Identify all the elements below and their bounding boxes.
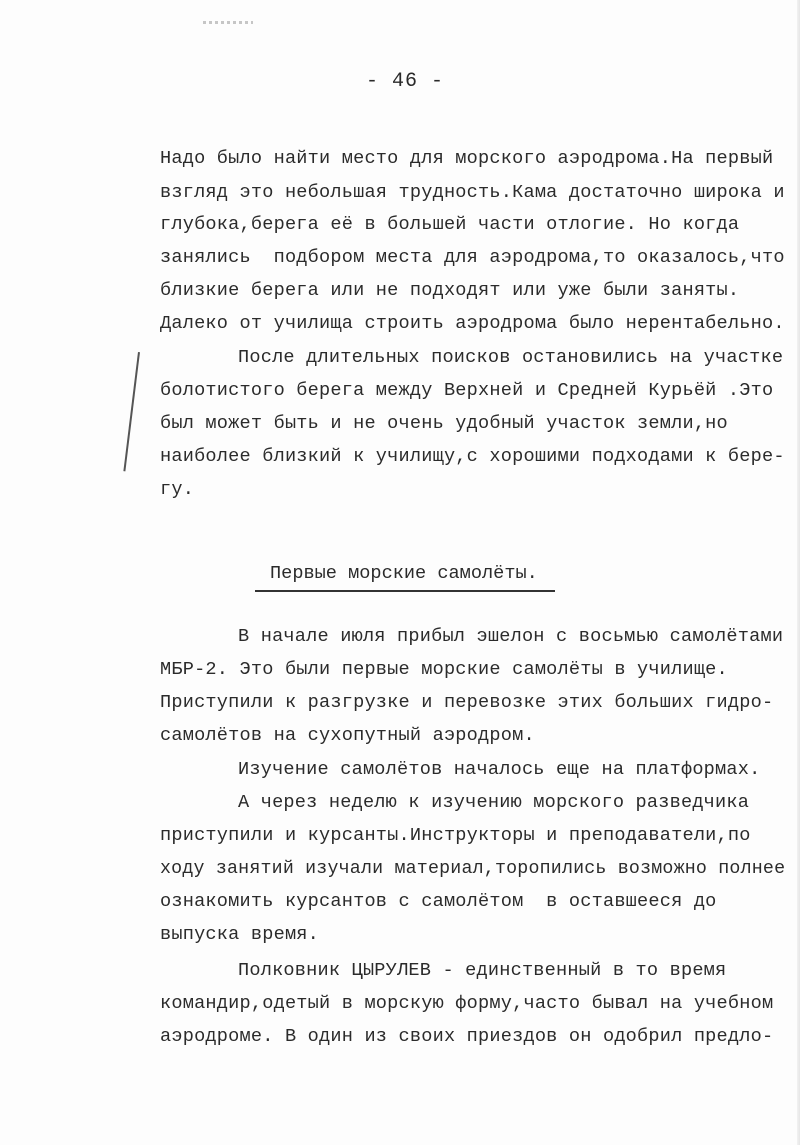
margin-pencil-mark [123, 352, 139, 471]
text-line: ходу занятий изучали материал,торопились… [160, 858, 785, 879]
text-line: взгляд это небольшая трудность.Кама дост… [160, 182, 785, 203]
text-line: Приступили к разгрузке и перевозке этих … [160, 692, 773, 713]
text-line: Надо было найти место для морского аэрод… [160, 148, 773, 169]
text-line: глубока,берега её в большей части отлоги… [160, 214, 739, 235]
text-line: занялись подбором места для аэродрома,то… [160, 247, 785, 268]
text-line: командир,одетый в морскую форму,часто бы… [160, 993, 773, 1014]
page-number: - 46 - [0, 70, 800, 93]
text-line: близкие берега или не подходят или уже б… [160, 280, 739, 301]
document-page: - 46 - Надо было найти место для морског… [0, 0, 800, 1145]
text-line: Полковник ЦЫРУЛЕВ - единственный в то вр… [238, 960, 726, 981]
text-line: выпуска время. [160, 924, 319, 945]
scan-artifact [203, 21, 253, 24]
text-line: А через неделю к изучению морского разве… [238, 792, 749, 813]
text-line: болотистого берега между Верхней и Средн… [160, 380, 773, 401]
text-line: ознакомить курсантов с самолётом в остав… [160, 891, 717, 912]
text-line: приступили и курсанты.Инструкторы и преп… [160, 825, 751, 846]
text-line: аэродроме. В один из своих приездов он о… [160, 1026, 773, 1047]
text-line: наиболее близкий к училищу,с хорошими по… [160, 446, 785, 467]
text-line: После длительных поисков остановились на… [238, 347, 783, 368]
text-line: Изучение самолётов началось еще на платф… [238, 759, 760, 780]
heading-underline [255, 590, 555, 592]
text-line: МБР-2. Это были первые морские самолёты … [160, 659, 728, 680]
text-line: гу. [160, 479, 194, 500]
text-line: В начале июля прибыл эшелон с восьмью са… [238, 626, 783, 647]
text-line: самолётов на сухопутный аэродром. [160, 725, 535, 746]
text-line: был может быть и не очень удобный участо… [160, 413, 728, 434]
section-heading: Первые морские самолёты. [270, 563, 538, 584]
text-line: Далеко от училища строить аэродрома было… [160, 313, 785, 334]
